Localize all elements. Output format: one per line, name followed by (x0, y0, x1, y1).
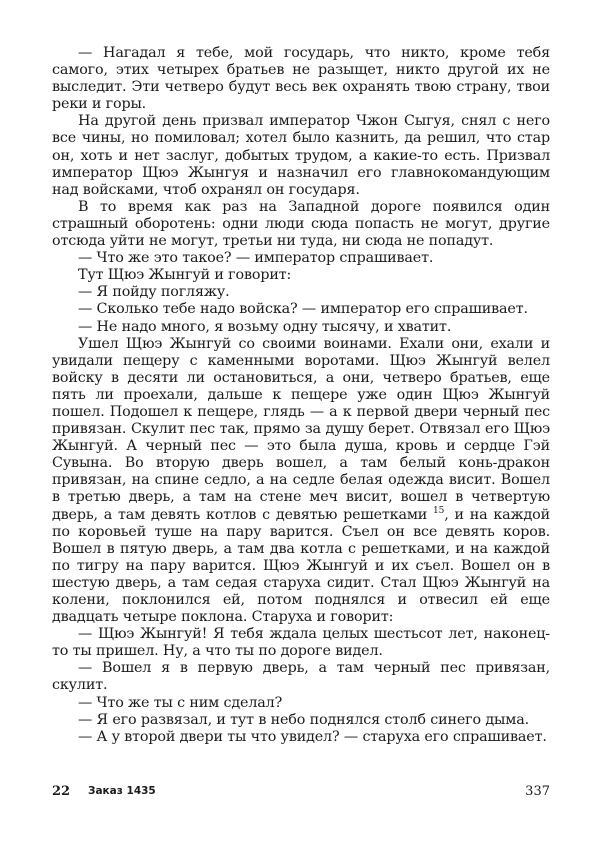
page-number: 337 (525, 784, 550, 799)
paragraph: — А у второй двери ты что увидел? — стар… (52, 729, 550, 746)
paragraph: — Что же ты с ним сделал? (52, 695, 550, 712)
paragraph: — Сколько тебе надо войска? — император … (52, 301, 550, 318)
paragraph: — Нагадал я тебе, мой государь, что никт… (52, 45, 550, 113)
footnote-reference[interactable]: 15 (433, 506, 444, 516)
paragraph: — Я его развязал, и тут в небо поднялся … (52, 712, 550, 729)
printer-signature: 22 (52, 784, 70, 799)
paragraph: — Что же это такое? — император спрашива… (52, 250, 550, 267)
paragraph: — Вошел я в первую дверь, а там черный п… (52, 660, 550, 694)
paragraph: — Не надо много, я возьму одну тысячу, и… (52, 319, 550, 336)
page-footer: 22 Заказ 1435 337 (52, 784, 550, 804)
paragraph-with-footnote: Ушел Щюэ Жынгуй со своими воинами. Ехали… (52, 336, 550, 627)
print-order: Заказ 1435 (88, 785, 156, 797)
paragraph: — Я пойду погляжу. (52, 284, 550, 301)
paragraph: В то время как раз на Западной дороге по… (52, 199, 550, 250)
paragraph-text: Ушел Щюэ Жынгуй со своими воинами. Ехали… (52, 336, 550, 523)
paragraph: Тут Щюэ Жынгуй и говорит: (52, 267, 550, 284)
paragraph-text-continued: , и на каждой по коровьей туше на пару в… (52, 507, 550, 626)
paragraph: На другой день призвал император Чжон Сы… (52, 113, 550, 198)
page-body: — Нагадал я тебе, мой государь, что никт… (52, 45, 550, 746)
paragraph: — Щюэ Жынгуй! Я тебя ждала целых шестьсо… (52, 626, 550, 660)
